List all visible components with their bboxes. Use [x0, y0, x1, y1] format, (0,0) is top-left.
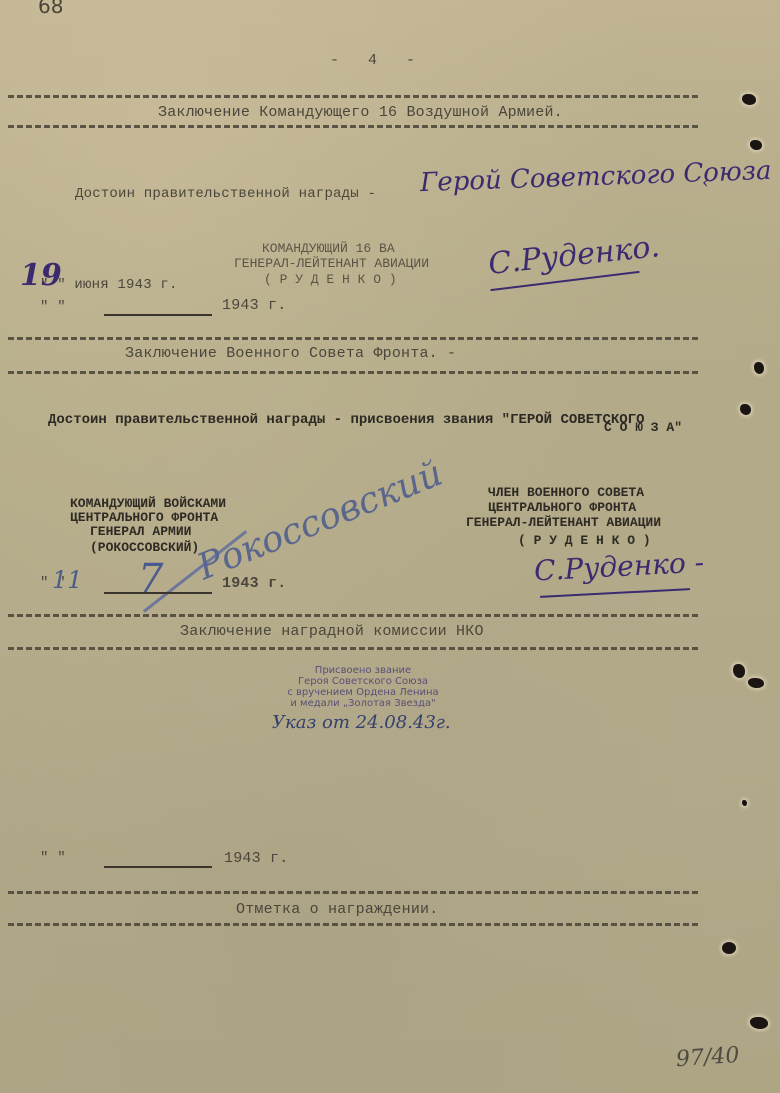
- signature-rudenko-council: С.Руденко -: [533, 546, 705, 588]
- signature-underline: [540, 588, 690, 598]
- stamp-line1: Присвоено звание: [268, 665, 458, 676]
- left-date-month: 7: [138, 556, 163, 602]
- divider-line: [8, 891, 698, 894]
- section-heading-award-commission: Заключение наградной комиссии НКО: [180, 623, 484, 640]
- stamp-line4: и медали „Золотая Звезда": [268, 698, 458, 709]
- date-blank-line: [104, 866, 212, 868]
- divider-line: [8, 371, 698, 374]
- signatory-title-1: КОМАНДУЮЩИЙ 16 ВА: [262, 242, 395, 255]
- punch-hole: [750, 1017, 768, 1029]
- right-signatory-line1: ЧЛЕН ВОЕННОГО СОВЕТА: [488, 486, 644, 499]
- left-date-day: 11: [52, 566, 83, 594]
- worthy-label: Достоин правительственной награды -: [75, 186, 376, 202]
- worthy-handwritten-award: Герой Советского Союза: [420, 156, 772, 198]
- signature-rokossovsky: Рокоссовский: [192, 453, 448, 588]
- left-signatory-line4: (РОКОССОВСКИЙ): [90, 541, 199, 554]
- divider-line: [8, 923, 698, 926]
- signatory-name: ( Р У Д Е Н К О ): [264, 273, 397, 286]
- section-heading-army-commander: Заключение Командующего 16 Воздушной Арм…: [158, 104, 563, 121]
- date-line-1: " " июня 1943 г.: [40, 277, 178, 293]
- right-signatory-line4: ( Р У Д Е Н К О ): [518, 534, 651, 547]
- divider-line: [8, 125, 698, 128]
- section-heading-military-council: Заключение Военного Совета Фронта. -: [125, 345, 456, 362]
- council-worthy-text-line2: С О Ю З А": [604, 420, 682, 435]
- award-stamp: Присвоено звание Героя Советского Союза …: [268, 665, 458, 709]
- section-heading-award-note: Отметка о награждении.: [236, 901, 438, 918]
- decree-handwritten: Указ от 24.08.43г.: [272, 712, 451, 733]
- stamp-line3: с вручением Ордена Ленина: [268, 687, 458, 698]
- divider-line: [8, 337, 698, 340]
- left-date-year: 1943 г.: [222, 575, 286, 592]
- ink-mark: ‹: [702, 172, 709, 193]
- punch-hole: [748, 678, 764, 688]
- divider-line: [8, 95, 698, 98]
- date-blank-line: [104, 592, 212, 594]
- date-line-2-quotes: " ": [40, 299, 66, 315]
- divider-line: [8, 614, 698, 617]
- pencil-page-count: 97/40: [675, 1043, 740, 1072]
- punch-hole: [722, 942, 736, 954]
- punch-hole: [750, 140, 762, 150]
- punch-hole: [742, 800, 747, 806]
- page-number: - 4 -: [330, 52, 425, 69]
- signature-rudenko: С.Руденко.: [487, 229, 662, 282]
- date-line-2-year: 1943 г.: [222, 297, 286, 314]
- punch-hole: [754, 362, 764, 374]
- divider-line: [8, 647, 698, 650]
- punch-hole: [740, 404, 751, 415]
- right-signatory-line2: ЦЕНТРАЛЬНОГО ФРОНТА: [488, 501, 636, 514]
- council-worthy-text: Достоин правительственной награды - прис…: [48, 412, 645, 428]
- commission-date-year: 1943 г.: [224, 850, 288, 867]
- right-signatory-line3: ГЕНЕРАЛ-ЛЕЙТЕНАНТ АВИАЦИИ: [466, 516, 661, 529]
- left-signatory-line3: ГЕНЕРАЛ АРМИИ: [90, 525, 191, 538]
- punch-hole: [742, 94, 756, 105]
- left-signatory-line1: КОМАНДУЮЩИЙ ВОЙСКАМИ: [70, 497, 226, 510]
- commission-date-quotes: " ": [40, 850, 66, 866]
- signatory-title-2: ГЕНЕРАЛ-ЛЕЙТЕНАНТ АВИАЦИИ: [234, 257, 429, 270]
- date-blank-line: [104, 314, 212, 316]
- archive-sheet-number: 68: [38, 0, 63, 18]
- punch-hole: [733, 664, 745, 678]
- stamp-line2: Героя Советского Союза: [268, 676, 458, 687]
- left-signatory-line2: ЦЕНТРАЛЬНОГО ФРОНТА: [70, 511, 218, 524]
